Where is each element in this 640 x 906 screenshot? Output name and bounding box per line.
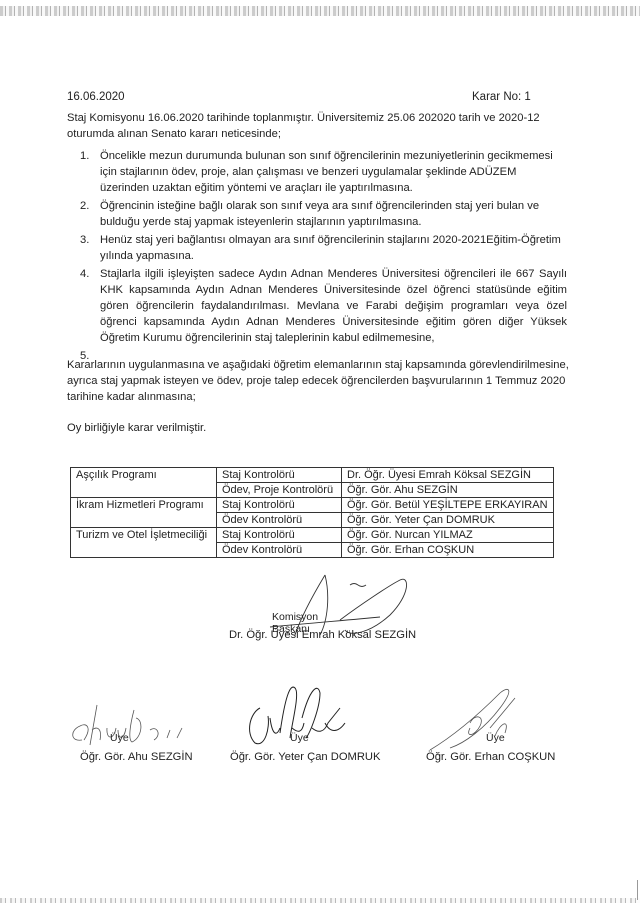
role-cell: Ödev Kontrolörü — [217, 543, 342, 558]
member-role-label: Üye — [110, 732, 129, 744]
person-cell: Dr. Öğr. Üyesi Emrah Köksal SEZGİN — [342, 468, 554, 483]
decision-item: 3.Henüz staj yeri bağlantısı olmayan ara… — [67, 232, 567, 264]
member-role-label: Üye — [290, 732, 309, 744]
person-cell: Öğr. Gör. Yeter Çan DOMRUK — [342, 513, 554, 528]
person-cell: Öğr. Gör. Betül YEŞİLTEPE ERKAYIRAN — [342, 498, 554, 513]
person-cell: Öğr. Gör. Nurcan YILMAZ — [342, 528, 554, 543]
role-cell: Staj Kontrolörü — [217, 468, 342, 483]
intro-paragraph: Staj Komisyonu 16.06.2020 tarihinde topl… — [67, 110, 567, 142]
handwritten-signature-icon — [420, 678, 530, 758]
role-cell: Staj Kontrolörü — [217, 528, 342, 543]
member-name: Öğr. Gör. Yeter Çan DOMRUK — [230, 751, 380, 763]
decision-number: Karar No: 1 — [472, 89, 531, 105]
scan-artifact-top — [0, 6, 640, 16]
document-date: 16.06.2020 — [67, 89, 125, 105]
scan-artifact-bottom — [0, 898, 640, 903]
decision-item: 1.Öncelikle mezun durumunda bulunan son … — [67, 148, 567, 196]
table-row: Turizm ve Otel İşletmeciliği Staj Kontro… — [71, 528, 554, 543]
table-row: Aşçılık Programı Staj Kontrolörü Dr. Öğr… — [71, 468, 554, 483]
member-name: Öğr. Gör. Erhan COŞKUN — [426, 751, 555, 763]
decision-item: 4.Stajlarla ilgili işleyişten sadece Ayd… — [67, 266, 567, 346]
person-cell: Öğr. Gör. Ahu SEZGİN — [342, 483, 554, 498]
decision-item: 2.Öğrencinin isteğine bağlı olarak son s… — [67, 198, 567, 230]
program-cell: İkram Hizmetleri Programı — [71, 498, 217, 528]
scan-artifact-edge — [637, 880, 638, 900]
role-cell: Staj Kontrolörü — [217, 498, 342, 513]
program-cell: Turizm ve Otel İşletmeciliği — [71, 528, 217, 558]
program-cell: Aşçılık Programı — [71, 468, 217, 498]
assignment-table: Aşçılık Programı Staj Kontrolörü Dr. Öğr… — [70, 467, 554, 558]
unanimous-statement: Oy birliğiyle karar verilmiştir. — [67, 420, 206, 436]
chair-name: Dr. Öğr. Üyesi Emrah Köksal SEZGİN — [229, 629, 416, 641]
decision-items-list: 1.Öncelikle mezun durumunda bulunan son … — [67, 148, 567, 366]
member-role-label: Üye — [486, 732, 505, 744]
table-row: İkram Hizmetleri Programı Staj Kontrolör… — [71, 498, 554, 513]
member-name: Öğr. Gör. Ahu SEZGİN — [80, 751, 193, 763]
closing-paragraph: Kararlarının uygulanmasına ve aşağıdaki … — [67, 357, 587, 405]
role-cell: Ödev, Proje Kontrolörü — [217, 483, 342, 498]
role-cell: Ödev Kontrolörü — [217, 513, 342, 528]
person-cell: Öğr. Gör. Erhan COŞKUN — [342, 543, 554, 558]
